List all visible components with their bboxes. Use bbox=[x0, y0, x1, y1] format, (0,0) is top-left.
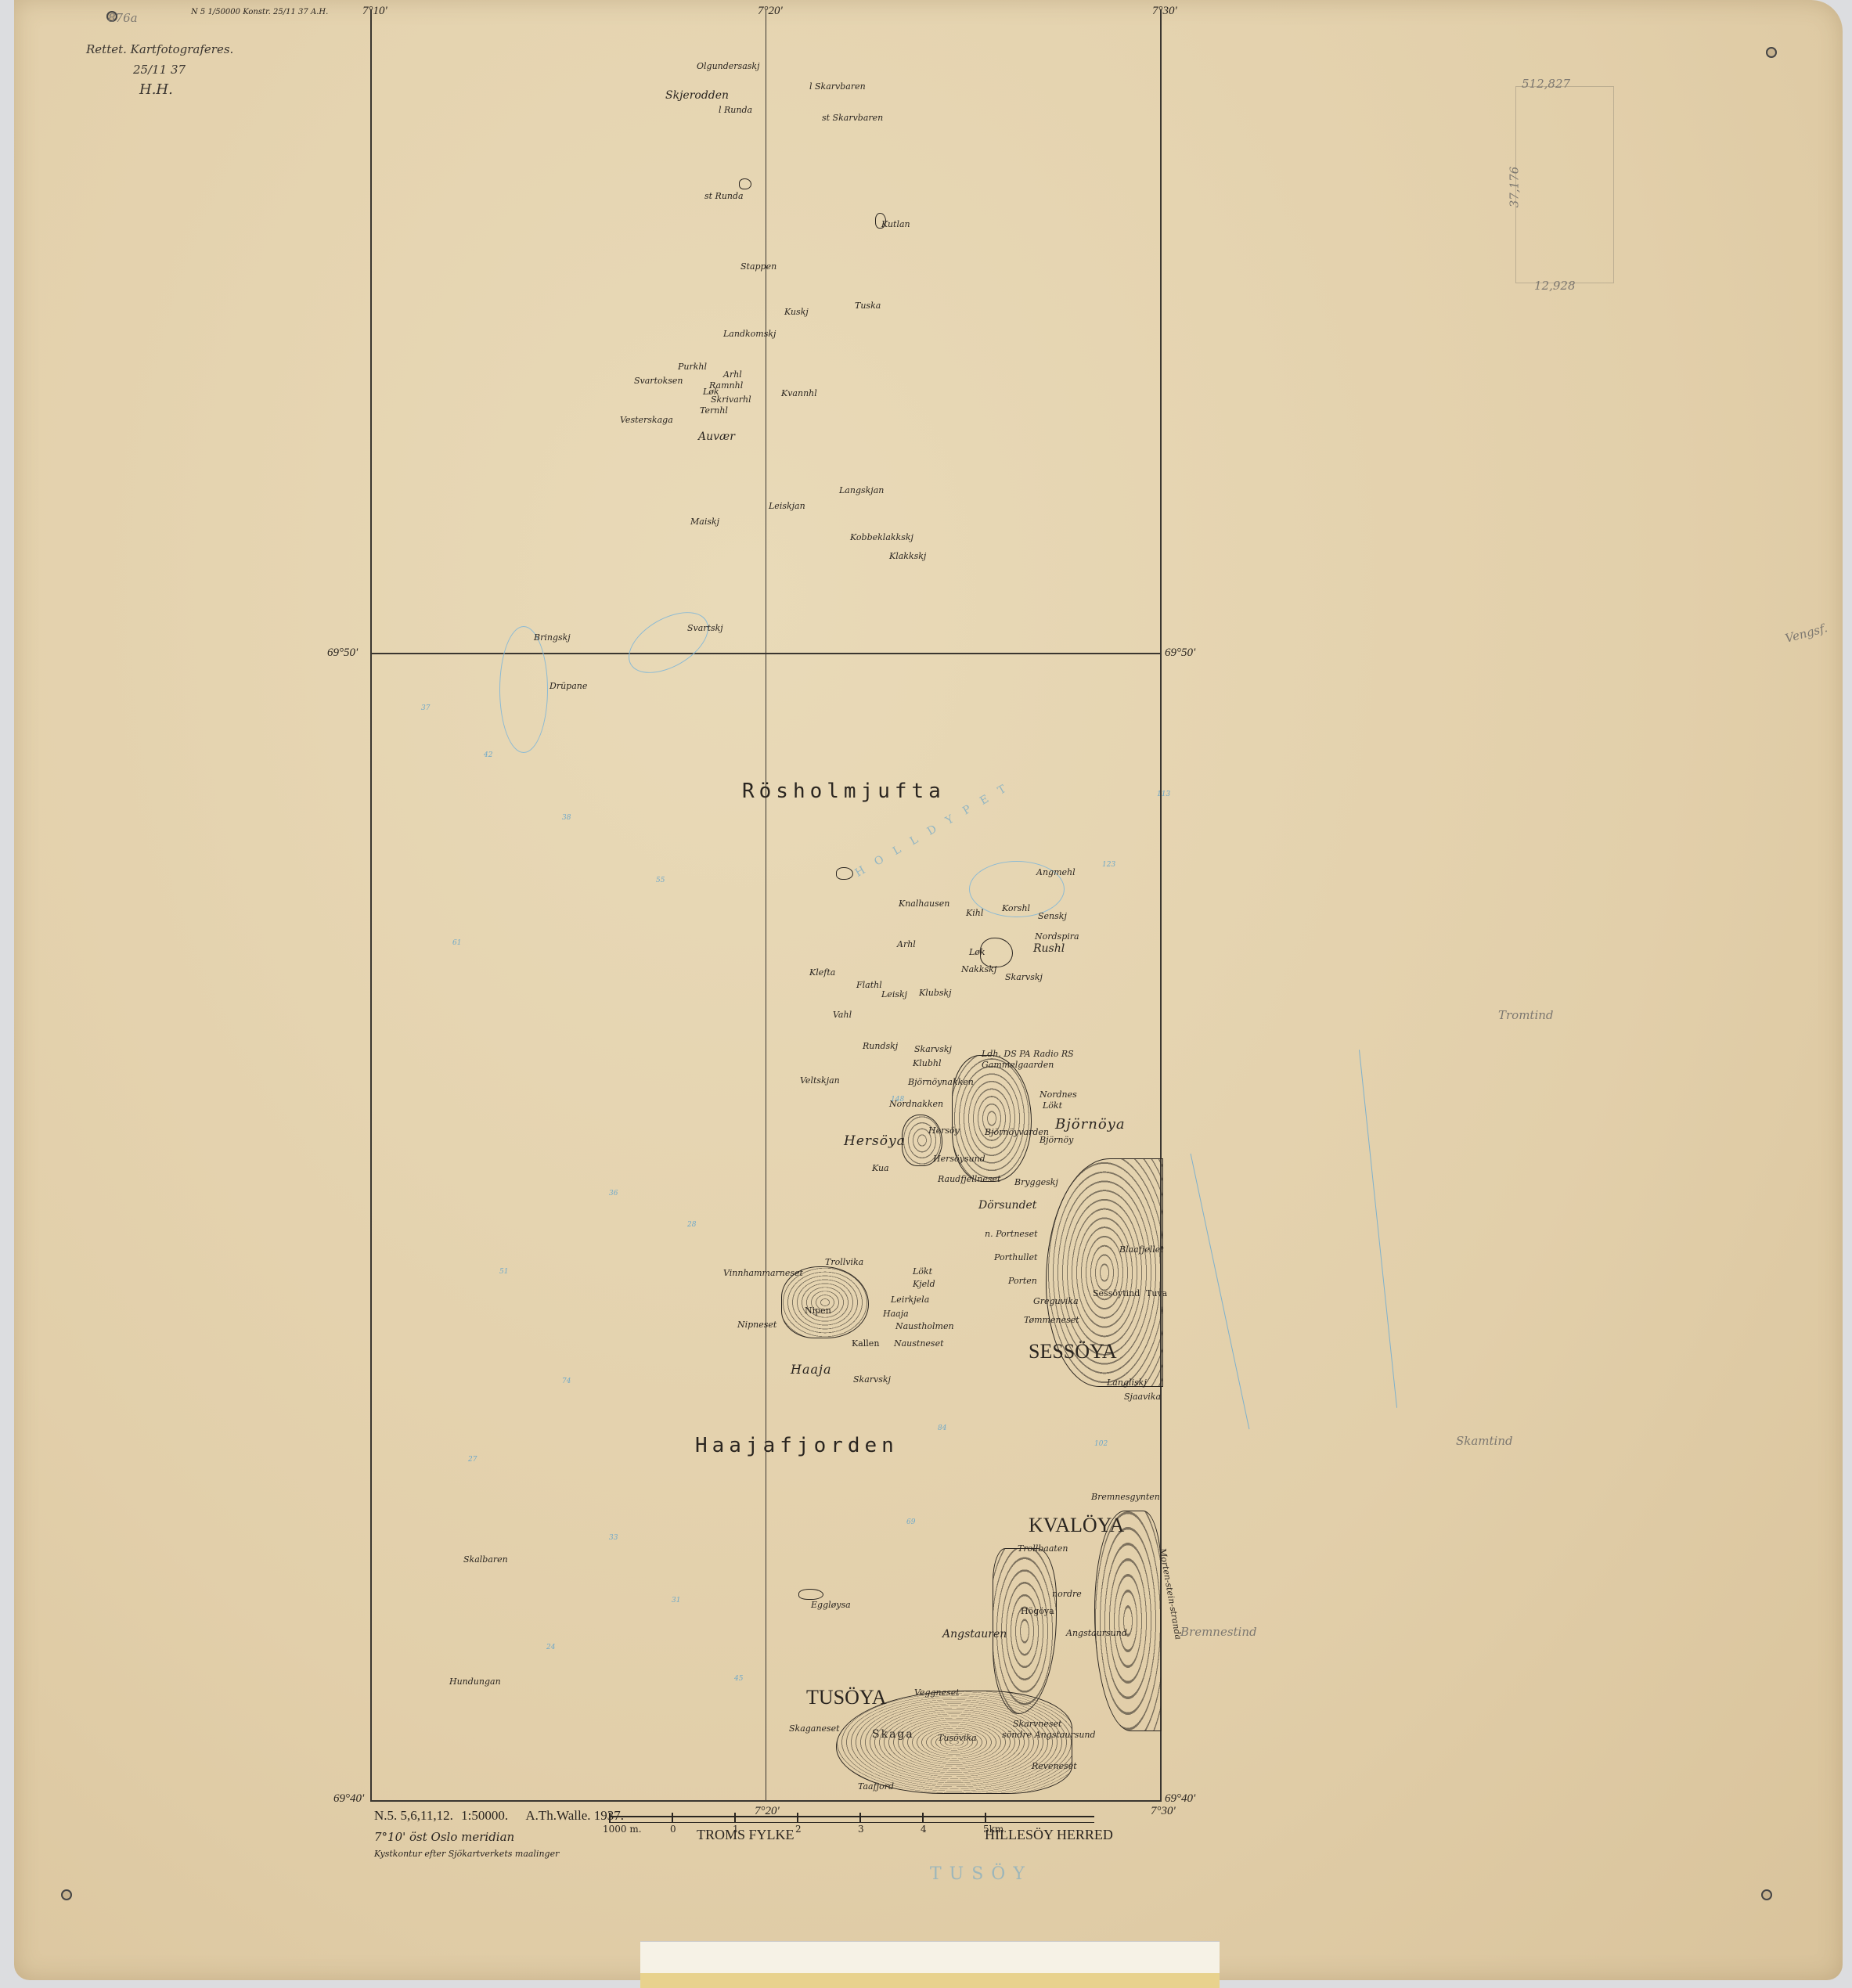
river-line bbox=[1191, 1154, 1250, 1429]
place-label: Klakkskj bbox=[889, 551, 926, 561]
place-label: Skarvneset bbox=[1013, 1719, 1061, 1729]
meridian-line-710 bbox=[370, 9, 372, 1802]
place-label: Skjerodden bbox=[665, 89, 729, 102]
place-label: Ldh. DS PA Radio RS bbox=[982, 1049, 1074, 1059]
place-label: Skrivarhl bbox=[711, 394, 751, 405]
place-label: Svartskj bbox=[687, 623, 723, 633]
scale-label: 3 bbox=[858, 1824, 864, 1835]
place-label: Tuska bbox=[855, 301, 881, 311]
sounding: 74 bbox=[562, 1378, 571, 1385]
lat-label-6940-left: 69°40' bbox=[333, 1792, 364, 1806]
island-label-tusoya: TUSÖYA bbox=[806, 1686, 887, 1709]
map-sheet: 876a N 5 1/50000 Konstr. 25/11 37 A.H. R… bbox=[14, 0, 1843, 1980]
place-label: Hundungan bbox=[449, 1676, 501, 1687]
place-label: Landkomskj bbox=[723, 329, 776, 339]
island-kvaloya bbox=[1094, 1511, 1162, 1731]
sounding: 31 bbox=[672, 1597, 680, 1604]
place-label: Angstaursund bbox=[1066, 1628, 1127, 1638]
county-label: TROMS FYLKE bbox=[697, 1827, 794, 1843]
island-label-haaja: Haaja bbox=[791, 1362, 832, 1377]
place-label: Skarvskj bbox=[914, 1044, 952, 1054]
legend-meridian: 7°10' öst Oslo meridian bbox=[374, 1830, 624, 1844]
place-label: st Runda bbox=[704, 191, 744, 201]
lat-label-6940-right: 69°40' bbox=[1165, 1792, 1195, 1806]
place-label: Skarvskj bbox=[1005, 972, 1043, 982]
place-label: Klefta bbox=[809, 967, 835, 978]
island-egglöysa bbox=[798, 1589, 823, 1600]
correction-date: 25/11 37 bbox=[133, 63, 186, 77]
place-label: Tuva bbox=[1146, 1288, 1167, 1298]
lon-label-730: 7°30' bbox=[1152, 5, 1177, 18]
legend-source: Kystkontur efter Sjökartverkets maalinge… bbox=[374, 1849, 624, 1859]
island-shape bbox=[739, 178, 751, 189]
place-label: Korshl bbox=[1002, 903, 1030, 913]
place-label: Kallen bbox=[852, 1338, 879, 1349]
place-label: Kihl bbox=[966, 908, 983, 918]
sounding: 38 bbox=[562, 814, 571, 822]
place-label: Kobbeklakkskj bbox=[850, 532, 913, 542]
river-line bbox=[1359, 1050, 1397, 1408]
place-label: Nordspira bbox=[1035, 931, 1079, 942]
meridian-line-730 bbox=[1160, 9, 1162, 1802]
pencil-dimension-box bbox=[1515, 86, 1614, 283]
place-label: Taafjord bbox=[858, 1781, 894, 1792]
place-label: Purkhl bbox=[678, 362, 707, 372]
scale-bar: 1000 m. 0 1 2 3 4 5km. bbox=[609, 1816, 1094, 1823]
tape-strip bbox=[640, 1941, 1220, 1988]
place-label: Hersöy bbox=[928, 1125, 960, 1136]
sounding: 42 bbox=[484, 751, 492, 759]
place-label: söndre Angstaursund bbox=[1002, 1730, 1096, 1740]
place-label: Porten bbox=[1008, 1276, 1037, 1286]
sounding: 24 bbox=[546, 1644, 555, 1651]
place-label: Lökt bbox=[913, 1266, 932, 1277]
place-label: Leiskj bbox=[881, 989, 907, 999]
island-label-kvaloya: KVALÖYA bbox=[1029, 1514, 1124, 1537]
place-label: Kua bbox=[872, 1163, 889, 1173]
place-label: Svartoksen bbox=[634, 376, 683, 386]
place-label: Lökt bbox=[1043, 1100, 1062, 1111]
lat-label-6950-left: 69°50' bbox=[327, 646, 358, 660]
sounding: 61 bbox=[452, 939, 461, 947]
sounding: 36 bbox=[609, 1190, 618, 1197]
place-label: Senskj bbox=[1038, 911, 1067, 921]
pencil-note-bremnestind: Bremnestind bbox=[1180, 1625, 1257, 1639]
pencil-note-tromtind: Tromtind bbox=[1498, 1008, 1554, 1022]
lon-label-730-bottom: 7°30' bbox=[1151, 1805, 1176, 1818]
place-label: Tusövika bbox=[938, 1733, 977, 1743]
place-label: l Runda bbox=[719, 105, 752, 115]
sounding: 27 bbox=[468, 1456, 477, 1464]
sounding: 123 bbox=[1102, 861, 1115, 869]
island-label-bjornoya: Björnöya bbox=[1055, 1116, 1126, 1133]
place-label: Nakkskj bbox=[961, 964, 996, 974]
stamp-number: 876a bbox=[108, 11, 138, 25]
place-label: Kvannhl bbox=[781, 388, 817, 398]
place-label: Angmehl bbox=[1036, 867, 1076, 877]
island-shape bbox=[836, 867, 853, 880]
place-label: Naustneset bbox=[894, 1338, 944, 1349]
sounding: 102 bbox=[1094, 1440, 1108, 1448]
sounding: 113 bbox=[1157, 791, 1170, 798]
place-label: Björnöy bbox=[1039, 1135, 1073, 1145]
sounding: 69 bbox=[906, 1518, 915, 1526]
place-label: Angstauren bbox=[942, 1628, 1007, 1640]
place-label: Langskjan bbox=[839, 485, 884, 495]
place-label: Gammelgaarden bbox=[982, 1060, 1054, 1070]
place-label: Trollvika bbox=[825, 1257, 863, 1267]
legend-scale: 1:50000. bbox=[461, 1808, 508, 1823]
place-label: Bremnesgynten bbox=[1091, 1492, 1160, 1502]
shoal-outline bbox=[499, 626, 548, 753]
place-label: Arhl bbox=[723, 369, 742, 380]
parallel-line-6940 bbox=[370, 1800, 1161, 1802]
place-label: Dörsundet bbox=[978, 1199, 1036, 1212]
place-label: Klubskj bbox=[919, 988, 952, 998]
scale-label: 1000 m. bbox=[603, 1824, 642, 1835]
lat-label-6950-right: 69°50' bbox=[1165, 646, 1195, 660]
place-label: Ternhl bbox=[700, 405, 728, 416]
place-label: Leiskjan bbox=[769, 501, 805, 511]
shoal-outline bbox=[618, 600, 719, 686]
sheet-code: N 5 1/50000 Konstr. 25/11 37 A.H. bbox=[191, 8, 328, 16]
map-legend: N.5. 5,6,11,12. 1:50000. A.Th.Walle. 193… bbox=[374, 1808, 624, 1859]
sounding: 28 bbox=[687, 1221, 696, 1229]
place-label: Kuskj bbox=[784, 307, 809, 317]
place-label: Flathl bbox=[856, 980, 882, 990]
punch-hole-icon bbox=[1766, 47, 1777, 58]
pencil-bottom-dimension: 12,928 bbox=[1534, 279, 1576, 293]
place-label: Skaga bbox=[872, 1728, 914, 1741]
scale-label: 0 bbox=[670, 1824, 676, 1835]
pencil-note-skamtind: Skamtind bbox=[1456, 1434, 1513, 1448]
punch-hole-icon bbox=[1761, 1889, 1772, 1900]
correction-note: Rettet. Kartfotograferes. bbox=[86, 42, 233, 56]
sounding: 33 bbox=[609, 1534, 618, 1542]
place-label: Langliskj bbox=[1107, 1378, 1147, 1388]
place-label: Naustholmen bbox=[895, 1321, 954, 1331]
place-label: Vesterskaga bbox=[620, 415, 673, 425]
place-label: Veggneset bbox=[914, 1687, 960, 1698]
lon-label-720: 7°20' bbox=[758, 5, 783, 18]
place-label: Stappen bbox=[740, 261, 776, 272]
sounding: 55 bbox=[656, 877, 665, 884]
place-label: Björnöynakken bbox=[908, 1077, 974, 1087]
place-label: Skaganeset bbox=[789, 1723, 840, 1734]
place-label: Knalhausen bbox=[899, 899, 949, 909]
place-label: Haaja bbox=[883, 1309, 909, 1319]
sounding: 37 bbox=[421, 704, 430, 712]
place-label: Porthullet bbox=[994, 1252, 1037, 1262]
place-label: Tømmeneset bbox=[1024, 1315, 1079, 1325]
sea-label-haajafjorden: Haajafjorden bbox=[695, 1434, 899, 1457]
place-label: Sjaavika bbox=[1124, 1392, 1161, 1402]
pencil-side-dimension: 37,176 bbox=[1507, 167, 1521, 208]
pencil-note-vengsf: Vengsf. bbox=[1784, 621, 1829, 646]
place-label: Rushl bbox=[1033, 942, 1065, 955]
place-label: Vinnhammarneset bbox=[723, 1268, 803, 1278]
correction-initials: H.H. bbox=[139, 81, 173, 98]
municipality-label: HILLESÖY HERRED bbox=[985, 1827, 1113, 1843]
place-label: Reveneset bbox=[1032, 1761, 1077, 1771]
place-label: Drüpane bbox=[549, 681, 587, 691]
place-label: Sessöytind bbox=[1093, 1288, 1140, 1298]
place-label: Trollbaaten bbox=[1018, 1543, 1068, 1554]
place-label: Bryggeskj bbox=[1014, 1177, 1058, 1187]
place-label: nordre bbox=[1052, 1589, 1082, 1599]
place-label: Veltskjan bbox=[800, 1075, 840, 1086]
scale-label: 4 bbox=[921, 1824, 927, 1835]
parallel-line-6950 bbox=[370, 653, 1161, 654]
place-label: Vahl bbox=[833, 1010, 852, 1020]
place-label: n. Portneset bbox=[985, 1229, 1038, 1239]
place-label: l Skarvbaren bbox=[809, 81, 866, 92]
place-label: Raudfjellneset bbox=[938, 1174, 1000, 1184]
punch-hole-icon bbox=[61, 1889, 72, 1900]
place-label: Eggløysa bbox=[811, 1600, 851, 1610]
place-label: Nipneset bbox=[737, 1320, 776, 1330]
place-label: Klubhl bbox=[913, 1058, 941, 1068]
sea-label-rosholmjufta: Rösholmjufta bbox=[742, 780, 946, 803]
place-label: Högöya bbox=[1021, 1606, 1054, 1616]
place-label: st Skarvbaren bbox=[822, 113, 883, 123]
place-label: Nordnes bbox=[1039, 1089, 1077, 1100]
place-label: Blaafjellet bbox=[1119, 1244, 1164, 1255]
legend-sheet-id: N.5. 5,6,11,12. bbox=[374, 1808, 453, 1823]
island-label-sessoya: SESSÖYA bbox=[1029, 1340, 1117, 1363]
place-label: Kjeld bbox=[913, 1279, 935, 1289]
place-label: Nipen bbox=[805, 1306, 831, 1316]
sounding: 148 bbox=[891, 1096, 904, 1104]
place-label: Skalbaren bbox=[463, 1554, 508, 1565]
place-label: Rundskj bbox=[863, 1041, 898, 1051]
place-label: Arhl bbox=[897, 939, 916, 949]
place-label: Skarvskj bbox=[853, 1374, 891, 1385]
place-label: Bringskj bbox=[534, 632, 571, 643]
sounding: 84 bbox=[938, 1424, 946, 1432]
place-label: Maiskj bbox=[690, 517, 719, 527]
scale-label: 2 bbox=[795, 1824, 802, 1835]
place-label: Kutlan bbox=[881, 219, 910, 229]
place-label: Greguvika bbox=[1033, 1296, 1079, 1306]
place-label: Løk bbox=[969, 947, 985, 957]
place-label: Auvær bbox=[698, 430, 735, 443]
island-label-hersoya: Hersöya bbox=[844, 1133, 906, 1149]
pencil-top-dimension: 512,827 bbox=[1522, 77, 1570, 91]
sounding: 51 bbox=[499, 1268, 508, 1276]
offmap-label-tusoy: TUSÖY bbox=[930, 1864, 1032, 1884]
place-label: Hersöysund bbox=[933, 1154, 985, 1164]
lon-label-710: 7°10' bbox=[362, 5, 387, 18]
sounding: 45 bbox=[734, 1675, 743, 1683]
place-label: Leirkjela bbox=[891, 1295, 929, 1305]
meridian-line-720 bbox=[766, 9, 766, 1802]
place-label: Olgundersaskj bbox=[697, 61, 759, 71]
